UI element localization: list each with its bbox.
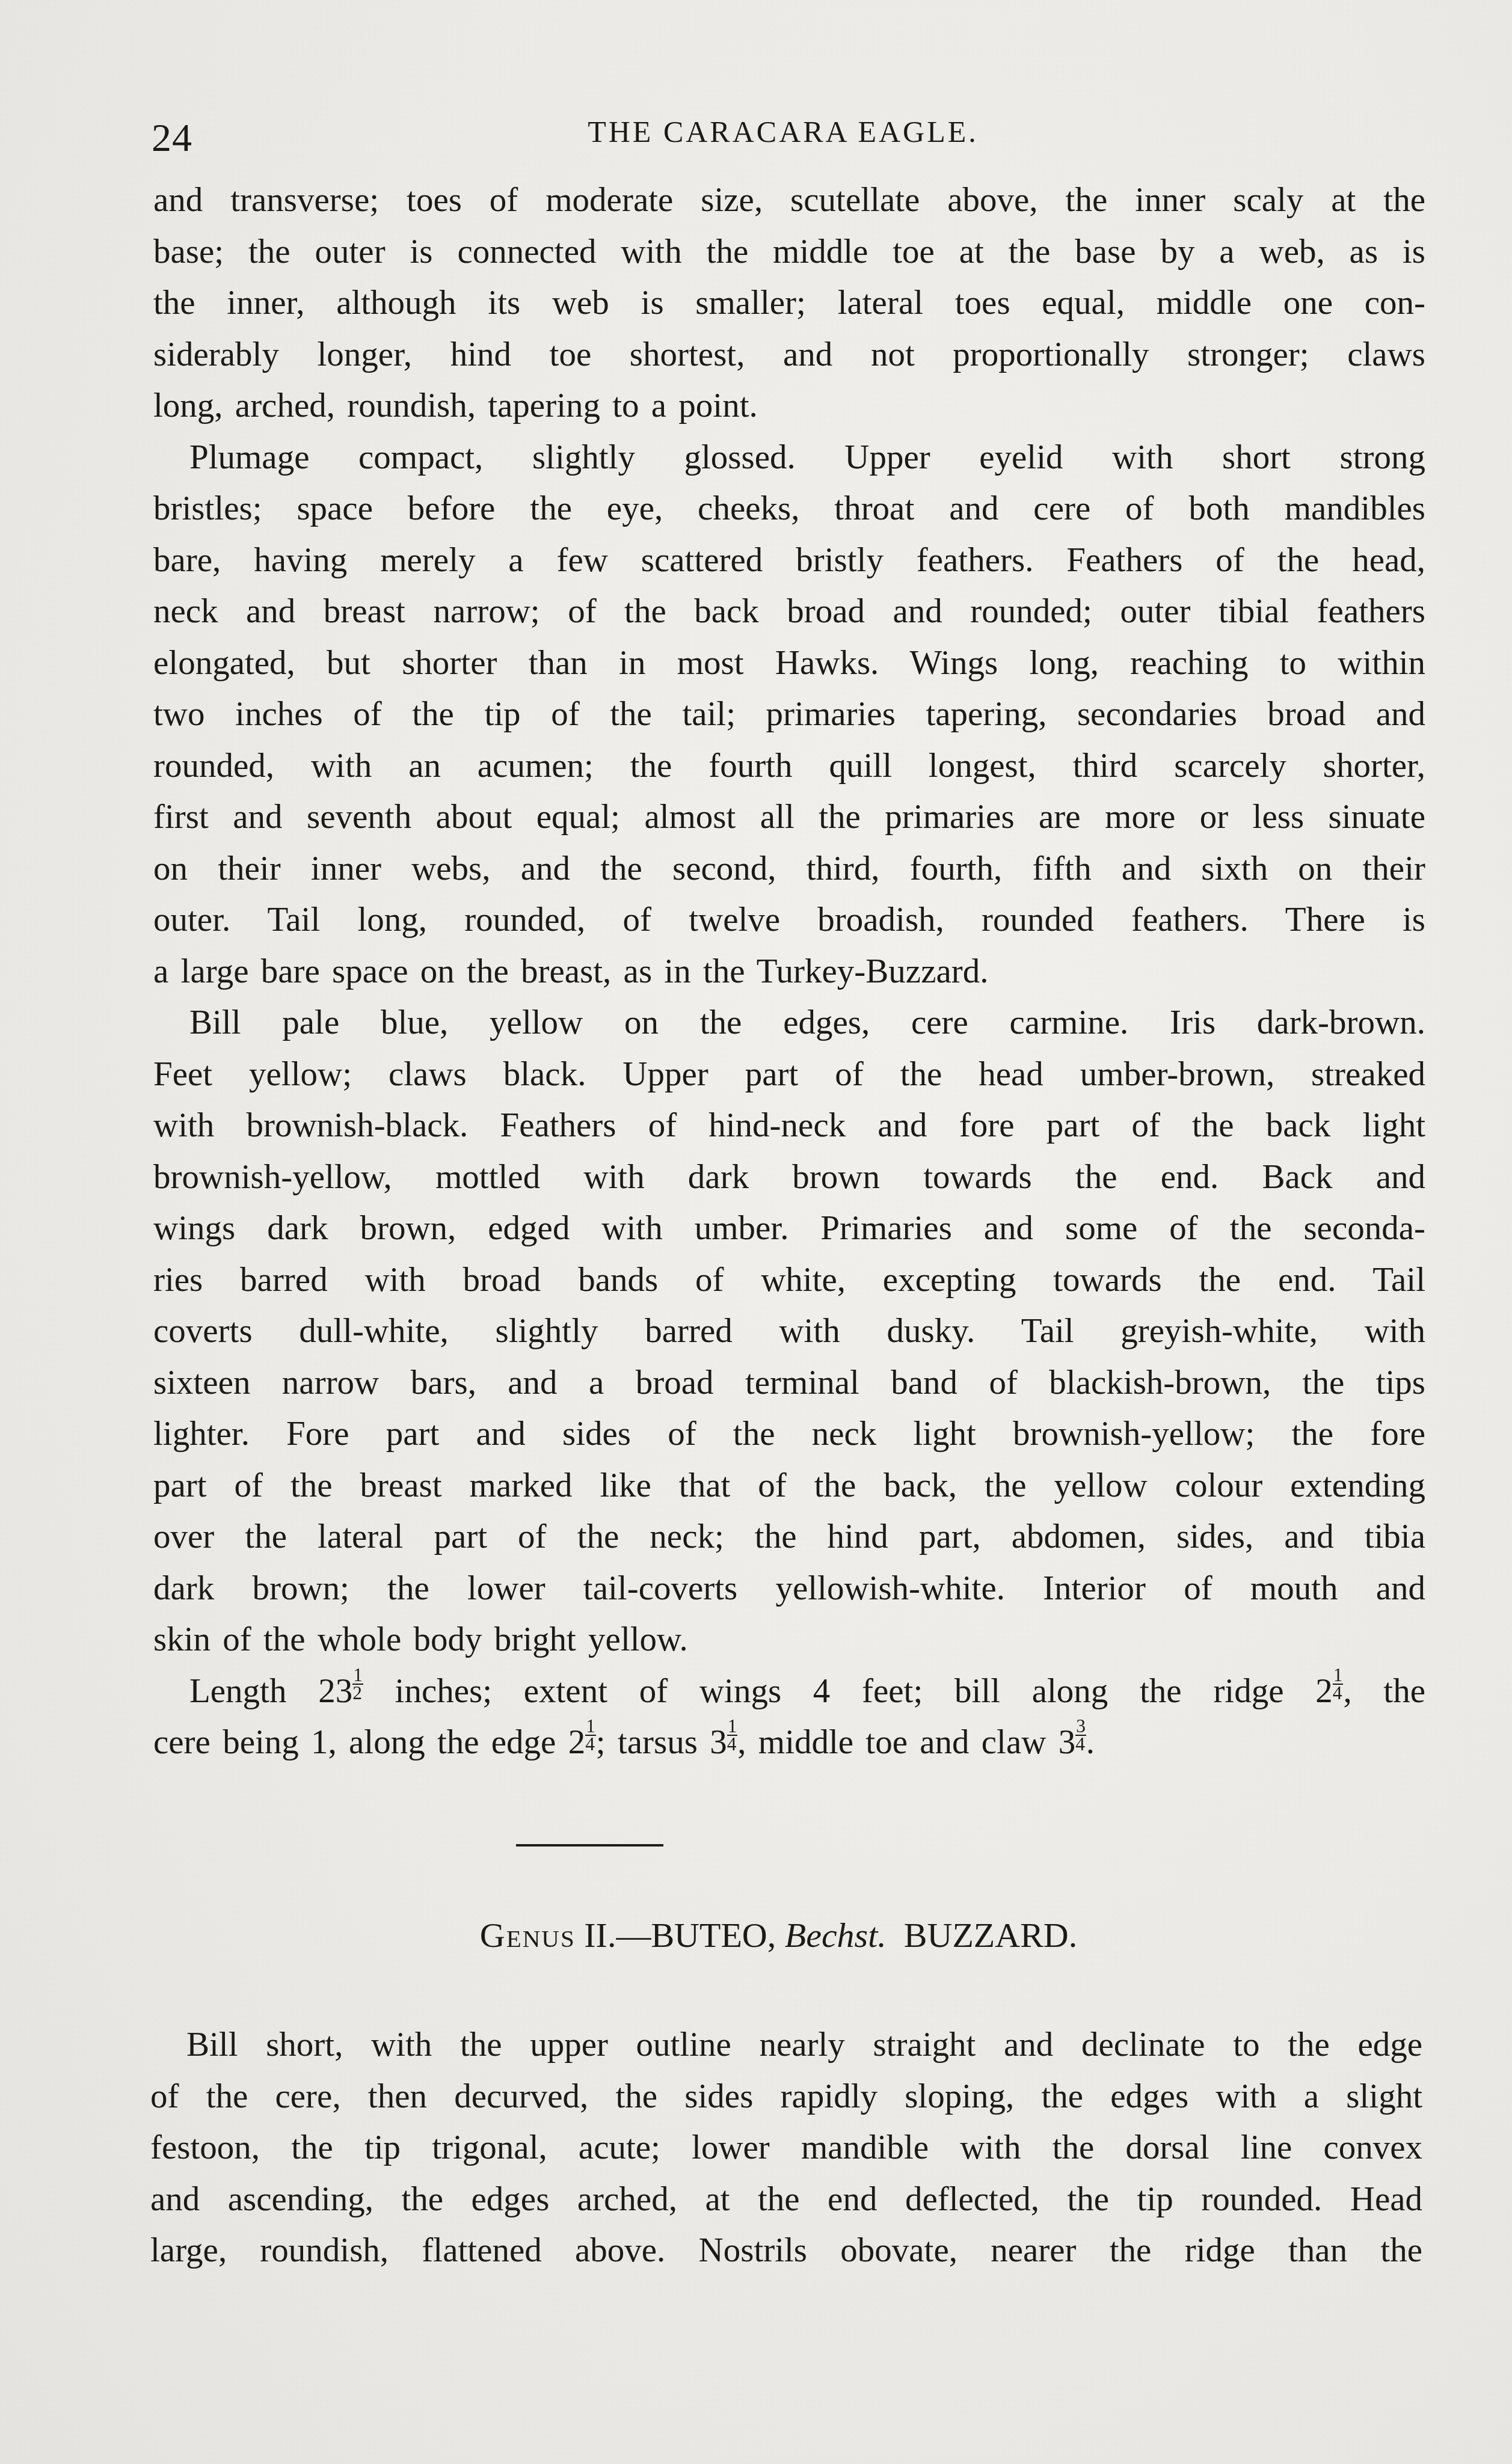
paragraph-feet-description: and transverse; toes of moderate size, s…	[153, 174, 1425, 432]
paragraph-measurements: Length 2312 inches; extent of wings 4 fe…	[153, 1666, 1425, 1768]
text-line: elongated, but shorter than in most Hawk…	[153, 637, 1425, 689]
text-line: a large bare space on the breast, as in …	[153, 946, 1425, 998]
text-line: first and seventh about equal; almost al…	[153, 791, 1425, 843]
text-line: over the lateral part of the neck; the h…	[153, 1511, 1425, 1563]
text-line: neck and breast narrow; of the back broa…	[153, 586, 1425, 637]
text-line: large, roundish, flattened above. Nostri…	[150, 2225, 1422, 2276]
fraction-one-quarter: 14	[585, 1718, 596, 1753]
text-line: two inches of the tip of the tail; prima…	[153, 688, 1425, 740]
text-line: sixteen narrow bars, and a broad termina…	[153, 1357, 1425, 1409]
text-line: of the cere, then decurved, the sides ra…	[150, 2071, 1422, 2122]
text-fragment: .	[1086, 1723, 1095, 1761]
text-line: coverts dull-white, slightly barred with…	[153, 1305, 1425, 1357]
fraction-one-quarter: 14	[727, 1718, 738, 1753]
text-line: lighter. Fore part and sides of the neck…	[153, 1408, 1425, 1460]
main-text-block: and transverse; toes of moderate size, s…	[153, 174, 1425, 1768]
fraction-one-half: 12	[352, 1667, 363, 1702]
text-fragment: inches; extent of wings 4 feet; bill alo…	[363, 1672, 1333, 1710]
text-line: part of the breast marked like that of t…	[153, 1460, 1425, 1512]
running-head: THE CARACARA EAGLE.	[0, 114, 1512, 149]
text-line: skin of the whole body bright yellow.	[153, 1614, 1425, 1666]
text-line: bristles; space before the eye, cheeks, …	[153, 483, 1425, 535]
text-fragment: Length 23	[189, 1672, 352, 1710]
text-line: brownish-yellow, mottled with dark brown…	[153, 1151, 1425, 1203]
genus-numeral-name: II.—BUTEO,	[576, 1916, 785, 1955]
genus-heading: Genus II.—BUTEO, Bechst. BUZZARD.	[0, 1915, 1512, 1955]
text-line: Length 2312 inches; extent of wings 4 fe…	[153, 1666, 1425, 1717]
text-line: with brownish-black. Feathers of hind-ne…	[153, 1100, 1425, 1151]
text-line: Plumage compact, slightly glossed. Upper…	[153, 432, 1425, 483]
text-line: outer. Tail long, rounded, of twelve bro…	[153, 894, 1425, 946]
text-line: siderably longer, hind toe shortest, and…	[153, 329, 1425, 381]
fraction-three-quarters: 34	[1075, 1718, 1086, 1753]
paragraph-colouration: Bill pale blue, yellow on the edges, cer…	[153, 997, 1425, 1666]
genus-label: Genus	[480, 1916, 576, 1955]
genus-description-block: Bill short, with the upper outline nearl…	[150, 2019, 1422, 2276]
text-line: the inner, although its web is smaller; …	[153, 277, 1425, 329]
text-line: on their inner webs, and the second, thi…	[153, 843, 1425, 895]
text-line: festoon, the tip trigonal, acute; lower …	[150, 2122, 1422, 2174]
text-line: Bill short, with the upper outline nearl…	[150, 2019, 1422, 2071]
text-line: and ascending, the edges arched, at the …	[150, 2174, 1422, 2225]
text-line: base; the outer is connected with the mi…	[153, 226, 1425, 278]
text-line: Bill pale blue, yellow on the edges, cer…	[153, 997, 1425, 1049]
text-line: dark brown; the lower tail-coverts yello…	[153, 1563, 1425, 1614]
text-fragment: , middle toe and claw 3	[737, 1723, 1075, 1761]
text-fragment: ; tarsus 3	[596, 1723, 727, 1761]
text-line: cere being 1, along the edge 214; tarsus…	[153, 1717, 1425, 1768]
genus-common-name: BUZZARD.	[887, 1916, 1077, 1955]
text-line: rounded, with an acumen; the fourth quil…	[153, 740, 1425, 792]
section-divider-rule	[516, 1844, 663, 1846]
paragraph-bill-description: Bill short, with the upper outline nearl…	[150, 2019, 1422, 2276]
text-line: and transverse; toes of moderate size, s…	[153, 174, 1425, 226]
text-line: Feet yellow; claws black. Upper part of …	[153, 1049, 1425, 1100]
genus-authority: Bechst.	[785, 1916, 887, 1955]
text-line: bare, having merely a few scattered bris…	[153, 535, 1425, 586]
paragraph-plumage: Plumage compact, slightly glossed. Upper…	[153, 432, 1425, 998]
text-line: ries barred with broad bands of white, e…	[153, 1254, 1425, 1306]
text-fragment: cere being 1, along the edge 2	[153, 1723, 585, 1761]
text-line: wings dark brown, edged with umber. Prim…	[153, 1203, 1425, 1254]
text-fragment: , the	[1343, 1672, 1425, 1710]
text-line: long, arched, roundish, tapering to a po…	[153, 380, 1425, 432]
fraction-one-quarter: 14	[1333, 1667, 1344, 1702]
